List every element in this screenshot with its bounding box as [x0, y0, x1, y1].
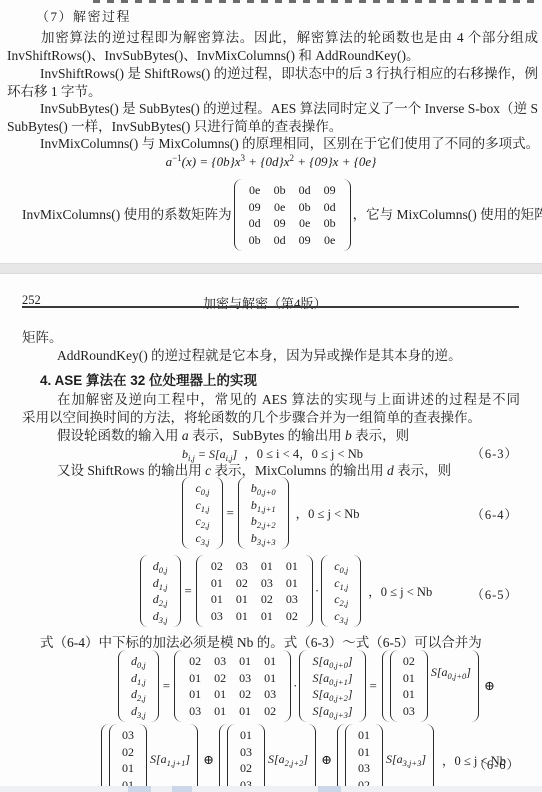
equation-number: （6-3）	[471, 444, 518, 462]
equation-6-4: c0,j c1,j c2,j c3,j = b0,j+0 b1,j+1 b2,j…	[22, 477, 520, 549]
matrix-cell: 09	[249, 199, 261, 216]
sub: 3,j	[201, 537, 210, 547]
var: b	[345, 428, 352, 443]
inv-mixcolumns-matrix: 0e0b0d09 090e0b0d 0d090e0b 0b0d090e	[234, 179, 351, 251]
sub: 0,j	[159, 565, 168, 575]
text: ]	[233, 447, 238, 461]
left-paren	[174, 650, 182, 722]
left-paren	[109, 724, 117, 792]
text: ]	[348, 687, 353, 701]
vector-cell: c0,j	[195, 480, 209, 497]
right-paren	[257, 724, 265, 792]
matrix-cell: 0b	[324, 215, 336, 232]
sub: 0,j+0	[257, 487, 276, 497]
outer-right-paren	[190, 724, 198, 792]
vector-cell: d3,j	[153, 608, 168, 625]
right-paren	[139, 724, 147, 792]
vector-cell: c1,j	[195, 497, 209, 514]
left-paren	[182, 477, 190, 549]
condition: ，0 ≤ j < Nb	[368, 582, 432, 600]
matrix-cell: 03	[211, 608, 223, 625]
text: S[a	[312, 671, 329, 685]
mix-matrix: 02030101 01020301 01010203 03010102	[196, 555, 313, 627]
inverse-polynomial-formula: a−1(x) = {0b}x3 + {0d}x2 + {09}x + {0e}	[0, 154, 542, 170]
vector-cell: S[a0,j+2]	[312, 686, 352, 703]
equation-number: （6-4）	[471, 505, 518, 523]
matrix-cell: 09	[299, 232, 311, 249]
sub: 1,j+1	[167, 758, 186, 768]
bottom-strip-segment	[172, 786, 192, 792]
vector-cell: 02	[403, 653, 415, 670]
matrix-cell: 01	[286, 575, 298, 592]
matrix-cell: 03	[239, 670, 251, 687]
eq6-term-0: 02 01 01 03 S[a0,j+0]	[382, 647, 479, 725]
bottom-strip-segment	[318, 786, 341, 792]
matrix-cell: 01	[264, 653, 276, 670]
vector-column: 01 03 02 03	[235, 724, 257, 792]
vector-cell: c3,j	[195, 530, 209, 547]
page-252: 252 加密与解密（第4版） 矩阵。 AddRoundKey() 的逆过程就是它…	[0, 274, 542, 792]
outer-left-paren	[382, 650, 390, 722]
vector-cell: b3,j+3	[251, 530, 276, 547]
vector-cell: c1,j	[334, 575, 348, 592]
matrix-sentence-post: ，它与 MixColumns() 使用的矩阵互为逆	[353, 206, 542, 224]
c-vector: c0,j c1,j c2,j c3,j	[182, 477, 222, 549]
sub: 1,j	[340, 582, 349, 592]
paragraph-line: AddRoundKey() 的逆过程就是它本身，因为异或操作是其本身的逆。	[57, 347, 462, 365]
paragraph-line: InvShiftRows() 是 ShiftRows() 的逆过程，即状态中的后…	[40, 65, 538, 83]
equation-number: （6-5）	[471, 585, 518, 603]
text: 表示，则	[394, 463, 451, 478]
equals-sign: =	[185, 583, 192, 599]
paragraph-line: SubBytes() 一样，InvSubBytes() 只进行简单的查表操作。	[7, 118, 342, 136]
outer-right-paren	[308, 724, 316, 792]
outer-right-paren	[426, 724, 434, 792]
vector-cell: d0,j	[131, 653, 146, 670]
left-paren	[390, 650, 398, 722]
condition: ，0 ≤ i < 4，0 ≤ j < Nb	[244, 447, 363, 461]
matrix-sentence-pre: InvMixColumns() 使用的系数矩阵为	[22, 206, 232, 224]
outer-right-paren	[471, 650, 479, 722]
right-paren	[305, 555, 313, 627]
matrix-cell: 01	[261, 608, 273, 625]
vector-cell: d2,j	[153, 591, 168, 608]
matrix-cell: 02	[286, 608, 298, 625]
left-paren	[234, 179, 242, 251]
sub: 2,j	[137, 693, 146, 703]
coeff-vector: 03 02 01 01	[109, 724, 147, 792]
vector-column: d0,j d1,j d2,j d3,j	[148, 555, 173, 627]
matrix-cell: 0e	[299, 215, 311, 232]
left-paren	[238, 477, 246, 549]
equation-6-6-line2: 03 02 01 01 S[a1,j+1] ⊕	[22, 721, 520, 792]
right-paren	[358, 650, 366, 722]
text: S[a	[312, 704, 329, 718]
sub: 2,j+2	[257, 520, 276, 530]
sub: 3,j	[159, 615, 168, 625]
vector-cell: S[a0,j+3]	[312, 703, 352, 720]
equals-sign: =	[227, 505, 234, 521]
outer-left-paren	[337, 724, 345, 792]
sbox-term: S[a1,j+1]	[150, 752, 190, 768]
right-paren	[173, 555, 181, 627]
sub: 0,j	[137, 660, 146, 670]
inv-mixcolumns-matrix-sentence: InvMixColumns() 使用的系数矩阵为 0e0b0d09 090e0b…	[22, 172, 538, 258]
vector-column: d0,j d1,j d2,j d3,j	[126, 650, 151, 722]
page-gap	[0, 263, 542, 274]
vector-column: c0,j c1,j c2,j c3,j	[190, 477, 214, 549]
text: S[a	[150, 752, 167, 766]
left-paren	[118, 650, 126, 722]
text: S[a	[386, 752, 403, 766]
term-content: 03 02 01 01 S[a1,j+1]	[109, 724, 190, 792]
matrix-cell: 0b	[249, 232, 261, 249]
sub: 3,j+3	[257, 537, 276, 547]
coeff-vector: 01 03 02 03	[227, 724, 265, 792]
vector-column: b0,j+0 b1,j+1 b2,j+2 b3,j+3	[246, 477, 281, 549]
matrix-cell: 01	[189, 670, 201, 687]
c-vector: c0,j c1,j c2,j c3,j	[321, 555, 361, 627]
text: S[a	[431, 665, 448, 679]
sub: 2,j	[340, 598, 349, 608]
matrix-cell: 02	[236, 575, 248, 592]
sub: 3,j+3	[403, 758, 422, 768]
paragraph-line: 在加解密及逆向工程中，常见的 AES 算法的实现与上面讲述的过程是不同的。实际的…	[57, 391, 520, 409]
document-viewport: （7）解密过程 加密算法的逆过程即为解密算法。因此，解密算法的轮函数也是由 4 …	[0, 0, 542, 792]
equals-sign: =	[370, 678, 377, 694]
text: ]	[348, 704, 353, 718]
equation-6-3: bi,j = S[ai,j]，0 ≤ i < 4，0 ≤ j < Nb （6-3…	[22, 444, 520, 462]
oplus-operator: ⊕	[321, 752, 332, 768]
matrix-cell: 01	[214, 686, 226, 703]
vector-cell: S[a0,j+0]	[312, 653, 352, 670]
formula-part: + {09}x + {0e}	[294, 154, 376, 169]
term-content: 01 01 03 02 S[a3,j+3]	[345, 724, 426, 792]
matrix-cell: 0d	[274, 232, 286, 249]
vector-cell: 03	[122, 727, 134, 744]
running-title: 加密与解密（第4版）	[203, 293, 327, 312]
matrix-cell: 01	[236, 608, 248, 625]
matrix-cell: 03	[214, 653, 226, 670]
right-paren	[281, 477, 289, 549]
matrix-cell: 03	[261, 575, 273, 592]
matrix-grid: 0e0b0d09 090e0b0d 0d090e0b 0b0d090e	[242, 179, 343, 251]
vector-cell: 01	[403, 686, 415, 703]
vector-cell: b1,j+1	[251, 497, 276, 514]
matrix-cell: 0d	[249, 215, 261, 232]
right-paren	[215, 477, 223, 549]
matrix-cell: 02	[211, 558, 223, 575]
condition: ，0 ≤ j < Nb	[296, 504, 360, 522]
sbox-vector: S[a0,j+0] S[a0,j+1] S[a0,j+2] S[a0,j+3]	[299, 650, 365, 722]
matrix-cell: 02	[214, 670, 226, 687]
paragraph-line: 采用以空间换时间的方法，将轮函数的几个步骤合并为一组简单的查表操作。	[22, 409, 481, 427]
text: 又设 ShiftRows 的输出用	[57, 463, 205, 478]
coeff-vector: 01 01 03 02	[345, 724, 383, 792]
sub: 0,j+3	[329, 710, 348, 720]
matrix-cell: 09	[324, 182, 336, 199]
vector-cell: 03	[240, 744, 252, 761]
matrix-cell: 0d	[324, 199, 336, 216]
matrix-cell: 0b	[299, 199, 311, 216]
sub: 0,j	[201, 487, 210, 497]
right-paren	[353, 555, 361, 627]
paragraph-line: InvShiftRows()、InvSubBytes()、InvMixColum…	[7, 47, 419, 65]
right-paren	[375, 724, 383, 792]
vector-cell: b2,j+2	[251, 513, 276, 530]
paragraph-line: InvSubBytes() 是 SubBytes() 的逆过程。AES 算法同时…	[40, 100, 538, 118]
matrix-cell: 01	[214, 703, 226, 720]
section-7-heading: （7）解密过程	[36, 6, 131, 25]
matrix-cell: 02	[264, 703, 276, 720]
cdot-operator: ·	[315, 583, 319, 599]
d-vector: d0,j d1,j d2,j d3,j	[140, 555, 181, 627]
matrix-cell: 02	[189, 653, 201, 670]
sub: 3,j	[340, 615, 349, 625]
header-rule	[22, 306, 519, 308]
vector-column: 01 01 03 02	[353, 724, 375, 792]
text: 假设轮函数的输入用	[57, 428, 182, 443]
bottom-edge-strip	[0, 786, 542, 792]
sub: 2,j	[201, 520, 210, 530]
vector-cell: 03	[358, 760, 370, 777]
page-251-partial: （7）解密过程 加密算法的逆过程即为解密算法。因此，解密算法的轮函数也是由 4 …	[0, 0, 542, 263]
paragraph-line: InvMixColumns() 与 MixColumns() 的原理相同，区别在…	[40, 135, 539, 153]
matrix-cell: 01	[236, 591, 248, 608]
matrix-cell: 03	[236, 558, 248, 575]
d-vector: d0,j d1,j d2,j d3,j	[118, 650, 159, 722]
right-paren	[343, 179, 351, 251]
matrix-cell: 03	[189, 703, 201, 720]
matrix-cell: 02	[239, 686, 251, 703]
sub: 0,j+0	[448, 671, 467, 681]
matrix-cell: 01	[189, 686, 201, 703]
left-paren	[321, 555, 329, 627]
paragraph-line: 加密算法的逆过程即为解密算法。因此，解密算法的轮函数也是由 4 个部分组成的，分…	[41, 29, 538, 47]
left-paren	[227, 724, 235, 792]
text: 表示，SubBytes 的输出用	[189, 428, 345, 443]
matrix-cell: 01	[239, 703, 251, 720]
matrix-cell: 01	[211, 575, 223, 592]
matrix-cell: 03	[264, 686, 276, 703]
right-paren	[283, 650, 291, 722]
vector-cell: d2,j	[131, 686, 146, 703]
cdot-operator: ·	[293, 678, 297, 694]
vector-cell: c3,j	[334, 608, 348, 625]
text: S[a	[312, 654, 329, 668]
matrix-cell: 01	[264, 670, 276, 687]
exponent: −1	[172, 153, 182, 163]
vector-column: S[a0,j+0] S[a0,j+1] S[a0,j+2] S[a0,j+3]	[307, 650, 357, 722]
vector-cell: 01	[358, 744, 370, 761]
paragraph-line: 矩阵。	[22, 329, 63, 347]
matrix-cell: 03	[286, 591, 298, 608]
sub: 0,j+0	[329, 660, 348, 670]
coeff-vector: 02 01 01 03	[390, 650, 428, 722]
paragraph-line: 假设轮函数的输入用 a 表示，SubBytes 的输出用 b 表示，则	[57, 427, 409, 445]
matrix-cell: 0b	[274, 182, 286, 199]
sbox-term: S[a3,j+3]	[386, 752, 426, 768]
matrix-cell: 01	[261, 558, 273, 575]
vector-cell: 02	[122, 744, 134, 761]
eq6-term-1: 03 02 01 01 S[a1,j+1]	[101, 721, 198, 792]
sub: 1,j	[201, 504, 210, 514]
left-paren	[140, 555, 148, 627]
matrix-cell: 01	[239, 653, 251, 670]
vector-cell: S[a0,j+1]	[312, 670, 352, 687]
matrix-cell: 0e	[249, 182, 261, 199]
equation-6-5: d0,j d1,j d2,j d3,j = 02030101 01020301 …	[22, 551, 520, 631]
matrix-cell: 02	[261, 591, 273, 608]
matrix-cell: 0d	[299, 182, 311, 199]
matrix-cell: 01	[286, 558, 298, 575]
bottom-strip-segment	[128, 786, 151, 792]
matrix-cell: 0e	[274, 199, 286, 216]
sub: 2,j+2	[285, 758, 304, 768]
outer-left-paren	[101, 724, 109, 792]
vector-cell: c2,j	[334, 591, 348, 608]
left-paren	[345, 724, 353, 792]
sub: 0,j+2	[329, 693, 348, 703]
sub: 1,j	[137, 677, 146, 687]
vector-cell: b0,j+0	[251, 480, 276, 497]
sbox-term: S[a2,j+2]	[268, 752, 308, 768]
oplus-operator: ⊕	[484, 678, 495, 694]
var: d	[387, 463, 394, 478]
formula-part: (x) = {0b}x	[182, 154, 241, 169]
vector-cell: c0,j	[334, 558, 348, 575]
matrix-grid: 02030101 01020301 01010203 03010102	[204, 555, 305, 627]
text: S[a	[312, 687, 329, 701]
text: 表示，则	[352, 428, 409, 443]
oplus-operator: ⊕	[203, 752, 214, 768]
paragraph-line: 环右移 1 字节。	[7, 83, 102, 101]
sub: 3,j	[137, 710, 146, 720]
vector-column: 03 02 01 01	[117, 724, 139, 792]
text: = S[a	[195, 447, 226, 461]
text: S[a	[268, 752, 285, 766]
sub: 0,j+1	[329, 677, 348, 687]
vector-cell: 01	[358, 727, 370, 744]
eq6-term-3: 01 01 03 02 S[a3,j+3]	[337, 721, 434, 792]
vector-cell: d1,j	[153, 575, 168, 592]
term-content: 02 01 01 03 S[a0,j+0]	[390, 650, 471, 722]
vector-column: c0,j c1,j c2,j c3,j	[329, 555, 353, 627]
cut-off-text-line	[93, 0, 540, 3]
vector-cell: 01	[240, 727, 252, 744]
equation-number: （6-6）	[473, 755, 520, 773]
vector-cell: 03	[403, 703, 415, 720]
vector-cell: 02	[240, 760, 252, 777]
sub: 1,j+1	[257, 504, 276, 514]
text: ]	[348, 654, 353, 668]
mix-matrix: 02030101 01020301 01010203 03010102	[174, 650, 291, 722]
text: ]	[348, 671, 353, 685]
subsection-heading: 4. ASE 算法在 32 位处理器上的实现	[40, 369, 257, 389]
matrix-cell: 09	[274, 215, 286, 232]
vector-cell: d0,j	[153, 558, 168, 575]
left-paren	[299, 650, 307, 722]
sbox-term: S[a0,j+0]	[431, 665, 471, 681]
equation-6-6-line1: d0,j d1,j d2,j d3,j = 02030101 01020301 …	[22, 649, 520, 723]
right-paren	[420, 650, 428, 722]
vector-column: 02 01 01 03	[398, 650, 420, 722]
equals-sign: =	[163, 678, 170, 694]
b-vector: b0,j+0 b1,j+1 b2,j+2 b3,j+3	[238, 477, 289, 549]
outer-left-paren	[219, 724, 227, 792]
matrix-cell: 01	[211, 591, 223, 608]
vector-cell: 01	[122, 760, 134, 777]
formula-part: + {0d}x	[245, 154, 289, 169]
eq3-body: bi,j = S[ai,j]，0 ≤ i < 4，0 ≤ j < Nb	[182, 444, 363, 463]
right-paren	[151, 650, 159, 722]
var: a	[182, 428, 189, 443]
matrix-grid: 02030101 01020301 01010203 03010102	[182, 650, 283, 722]
vector-cell: d1,j	[131, 670, 146, 687]
left-paren	[196, 555, 204, 627]
vector-cell: 01	[403, 670, 415, 687]
term-content: 01 03 02 03 S[a2,j+2]	[227, 724, 308, 792]
matrix-cell: 0e	[324, 232, 336, 249]
vector-cell: d3,j	[131, 703, 146, 720]
sub: 0,j	[340, 565, 349, 575]
text: 表示，MixColumns 的输出用	[211, 463, 387, 478]
sub: 2,j	[159, 598, 168, 608]
eq6-term-2: 01 03 02 03 S[a2,j+2]	[219, 721, 316, 792]
vector-cell: c2,j	[195, 513, 209, 530]
sub: 1,j	[159, 582, 168, 592]
